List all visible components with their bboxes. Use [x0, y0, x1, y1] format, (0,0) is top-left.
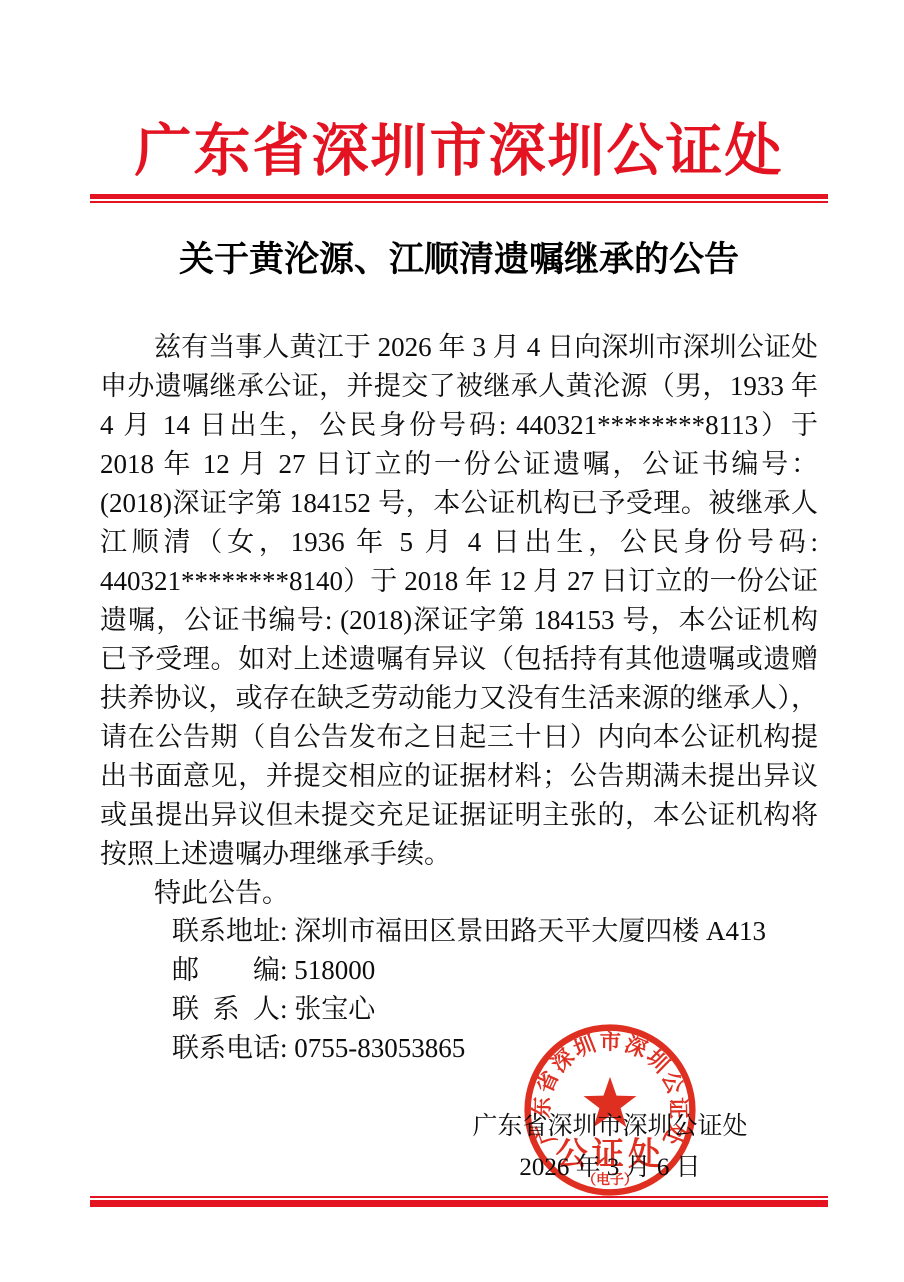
notice-document-page: 广东省深圳市深圳公证处 关于黄沦源、江顺清遗嘱继承的公告 兹有当事人黄江于 20…: [0, 0, 904, 1282]
org-title: 广东省深圳市深圳公证处: [90, 120, 828, 184]
seal-sub-text: （电子）: [582, 1171, 638, 1188]
notary-seal: 广东省深圳市深圳公证处 公证处 （电子）: [503, 1003, 717, 1217]
header-rule: [90, 194, 828, 203]
notice-body: 兹有当事人黄江于 2026 年 3 月 4 日向深圳市深圳公证处申办遗嘱继承公证…: [100, 328, 818, 913]
star-icon: [584, 1077, 637, 1127]
notice-paragraph: 兹有当事人黄江于 2026 年 3 月 4 日向深圳市深圳公证处申办遗嘱继承公证…: [100, 328, 818, 874]
notice-closing: 特此公告。: [100, 874, 818, 913]
notice-title: 关于黄沦源、江顺清遗嘱继承的公告: [90, 238, 828, 282]
footer-rule: [90, 1196, 828, 1207]
contact-postcode: 邮 编: 518000: [172, 951, 766, 990]
contact-address: 联系地址: 深圳市福田区景田路天平大厦四楼 A413: [172, 912, 766, 951]
seal-center-text: 公证处: [555, 1136, 664, 1172]
